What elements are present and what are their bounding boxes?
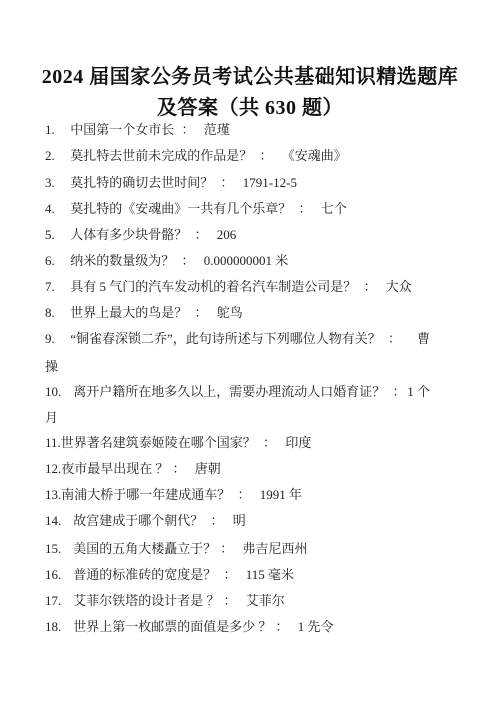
item-number: 3.: [45, 175, 67, 191]
item-separator: ：: [393, 384, 406, 399]
item-question: 艾菲尔铁塔的设计者是 ？: [73, 593, 219, 608]
item-number: 14.: [45, 513, 70, 529]
list-item: 17. 艾菲尔铁塔的设计者是 ？： 艾菲尔: [45, 590, 430, 609]
item-number: 4.: [45, 201, 67, 217]
list-item: 7. 具有 5 气门的汽车发动机的着名汽车制造公司是？ ： 大众: [45, 276, 430, 295]
item-question: 世界上第一枚邮票的面值是多少 ？: [73, 619, 271, 634]
item-question: 世界著名建筑泰姬陵在哪个国家？: [61, 435, 256, 450]
item-answer: 206: [217, 227, 237, 242]
item-question: 故宫建成于哪个朝代？: [73, 513, 203, 528]
item-answer: 1991 年: [260, 487, 302, 502]
item-answer: 鸵鸟: [217, 305, 243, 320]
item-number: 7.: [45, 279, 67, 295]
item-answer: 唐朝: [195, 461, 221, 476]
item-number: 8.: [45, 305, 67, 321]
item-separator: ：: [224, 567, 237, 582]
item-question: 莫扎特的《安魂曲》一共有几个乐章？: [70, 201, 291, 216]
list-item: 13.南浦大桥于哪一年建成通车？ ： 1991 年: [45, 484, 430, 503]
item-question: 莫扎特的确切去世时间？: [70, 175, 213, 190]
item-number: 18.: [45, 619, 70, 635]
list-item: 6. 纳米的数量级为？ ： 0.000000001 米: [45, 250, 430, 269]
item-answer: 曹: [417, 328, 430, 347]
item-number: 13.: [45, 487, 61, 502]
item-answer: 艾菲尔: [246, 593, 285, 608]
item-answer: 明: [233, 513, 246, 528]
item-question: 纳米的数量级为？: [70, 253, 174, 268]
item-answer: 115 毫米: [246, 567, 294, 582]
item-separator: ：: [299, 201, 312, 216]
list-item-continuation: 操: [45, 356, 430, 375]
item-number: 10.: [45, 384, 70, 400]
item-separator: ：: [195, 227, 208, 242]
list-item: 10. 离开户籍所在地多久以上，需要办理流动人口婚育证？ ： 1 个: [45, 381, 430, 400]
item-question: 具有 5 气门的汽车发动机的着名汽车制造公司是？: [70, 279, 356, 294]
item-separator: ：: [182, 122, 195, 137]
item-question: 世界上最大的鸟是？: [70, 305, 187, 320]
list-item-continuation: 月: [45, 407, 430, 426]
item-number: 2.: [45, 148, 67, 164]
item-answer: 弗吉尼西州: [243, 541, 308, 556]
item-number: 16.: [45, 567, 70, 583]
item-number: 6.: [45, 253, 67, 269]
item-separator: ：: [220, 541, 233, 556]
item-number: 11.: [45, 435, 61, 450]
item-separator: ：: [276, 619, 289, 634]
list-item: 18. 世界上第一枚邮票的面值是多少 ？： 1 先令: [45, 616, 430, 635]
list-item: 9. “铜雀春深锁二乔”，此句诗所述与下列哪位人物有关？ ： 曹: [45, 328, 430, 347]
item-answer: 《安魂曲》: [282, 148, 347, 163]
item-separator: ：: [364, 279, 377, 294]
item-answer: 0.000000001 米: [204, 253, 289, 268]
list-item: 14. 故宫建成于哪个朝代？ ： 明: [45, 510, 430, 529]
item-number: 5.: [45, 227, 67, 243]
list-item: 3. 莫扎特的确切去世时间？ ： 1791-12-5: [45, 172, 430, 191]
list-item: 2. 莫扎特去世前未完成的作品是？ ： 《安魂曲》: [45, 145, 430, 164]
list-item: 4. 莫扎特的《安魂曲》一共有几个乐章？ ： 七个: [45, 198, 430, 217]
item-number: 1.: [45, 122, 67, 138]
item-number: 9.: [45, 331, 67, 347]
item-question: 普通的标准砖的宽度是？: [73, 567, 216, 582]
item-question: 南浦大桥于哪一年建成通车？: [61, 487, 230, 502]
item-separator: ：: [173, 461, 186, 476]
item-question: 离开户籍所在地多久以上，需要办理流动人口婚育证？: [73, 384, 385, 399]
item-separator: ：: [221, 175, 234, 190]
item-separator: ：: [211, 513, 224, 528]
item-question: 中国第一个女市长: [70, 122, 174, 137]
document-title-line2: 及答案（共 630 题）: [0, 91, 500, 120]
item-separator: ：: [182, 253, 195, 268]
item-answer: 七个: [321, 201, 347, 216]
item-answer: 范瑾: [204, 122, 230, 137]
list-item: 1. 中国第一个女市长 ： 范瑾: [45, 119, 430, 138]
item-separator: ：: [195, 305, 208, 320]
document-title-line1: 2024 届国家公务员考试公共基础知识精选题库: [0, 60, 500, 89]
item-answer: 印度: [285, 435, 311, 450]
item-question: 人体有多少块骨骼？: [70, 227, 187, 242]
list-item: 11.世界著名建筑泰姬陵在哪个国家？ ： 印度: [45, 432, 430, 451]
item-answer-continuation: 操: [45, 359, 58, 374]
list-item: 5. 人体有多少块骨骼？ ： 206: [45, 224, 430, 243]
list-item: 16. 普通的标准砖的宽度是？ ： 115 毫米: [45, 564, 430, 583]
item-number: 17.: [45, 593, 70, 609]
item-question: 美国的五角大楼矗立于？: [73, 541, 216, 556]
item-separator: ：: [224, 593, 237, 608]
item-answer: 1791-12-5: [243, 175, 297, 190]
item-question: “铜雀春深锁二乔”，此句诗所述与下列哪位人物有关？: [70, 331, 381, 346]
item-separator: ：: [260, 148, 273, 163]
list-item: 8. 世界上最大的鸟是？ ： 鸵鸟: [45, 302, 430, 321]
item-separator: ：: [388, 331, 401, 346]
item-question: 莫扎特去世前未完成的作品是？: [70, 148, 252, 163]
item-separator: ：: [263, 435, 276, 450]
item-number: 15.: [45, 541, 70, 557]
item-answer: 1 个: [407, 381, 430, 400]
item-answer: 大众: [386, 279, 412, 294]
item-question: 夜市最早出现在 ？: [61, 461, 168, 476]
list-item: 15. 美国的五角大楼矗立于？： 弗吉尼西州: [45, 538, 430, 557]
item-answer-continuation: 月: [45, 410, 58, 425]
item-answer: 1 先令: [298, 619, 334, 634]
list-item: 12.夜市最早出现在 ？： 唐朝: [45, 458, 430, 477]
item-number: 12.: [45, 461, 61, 476]
item-separator: ：: [238, 487, 251, 502]
